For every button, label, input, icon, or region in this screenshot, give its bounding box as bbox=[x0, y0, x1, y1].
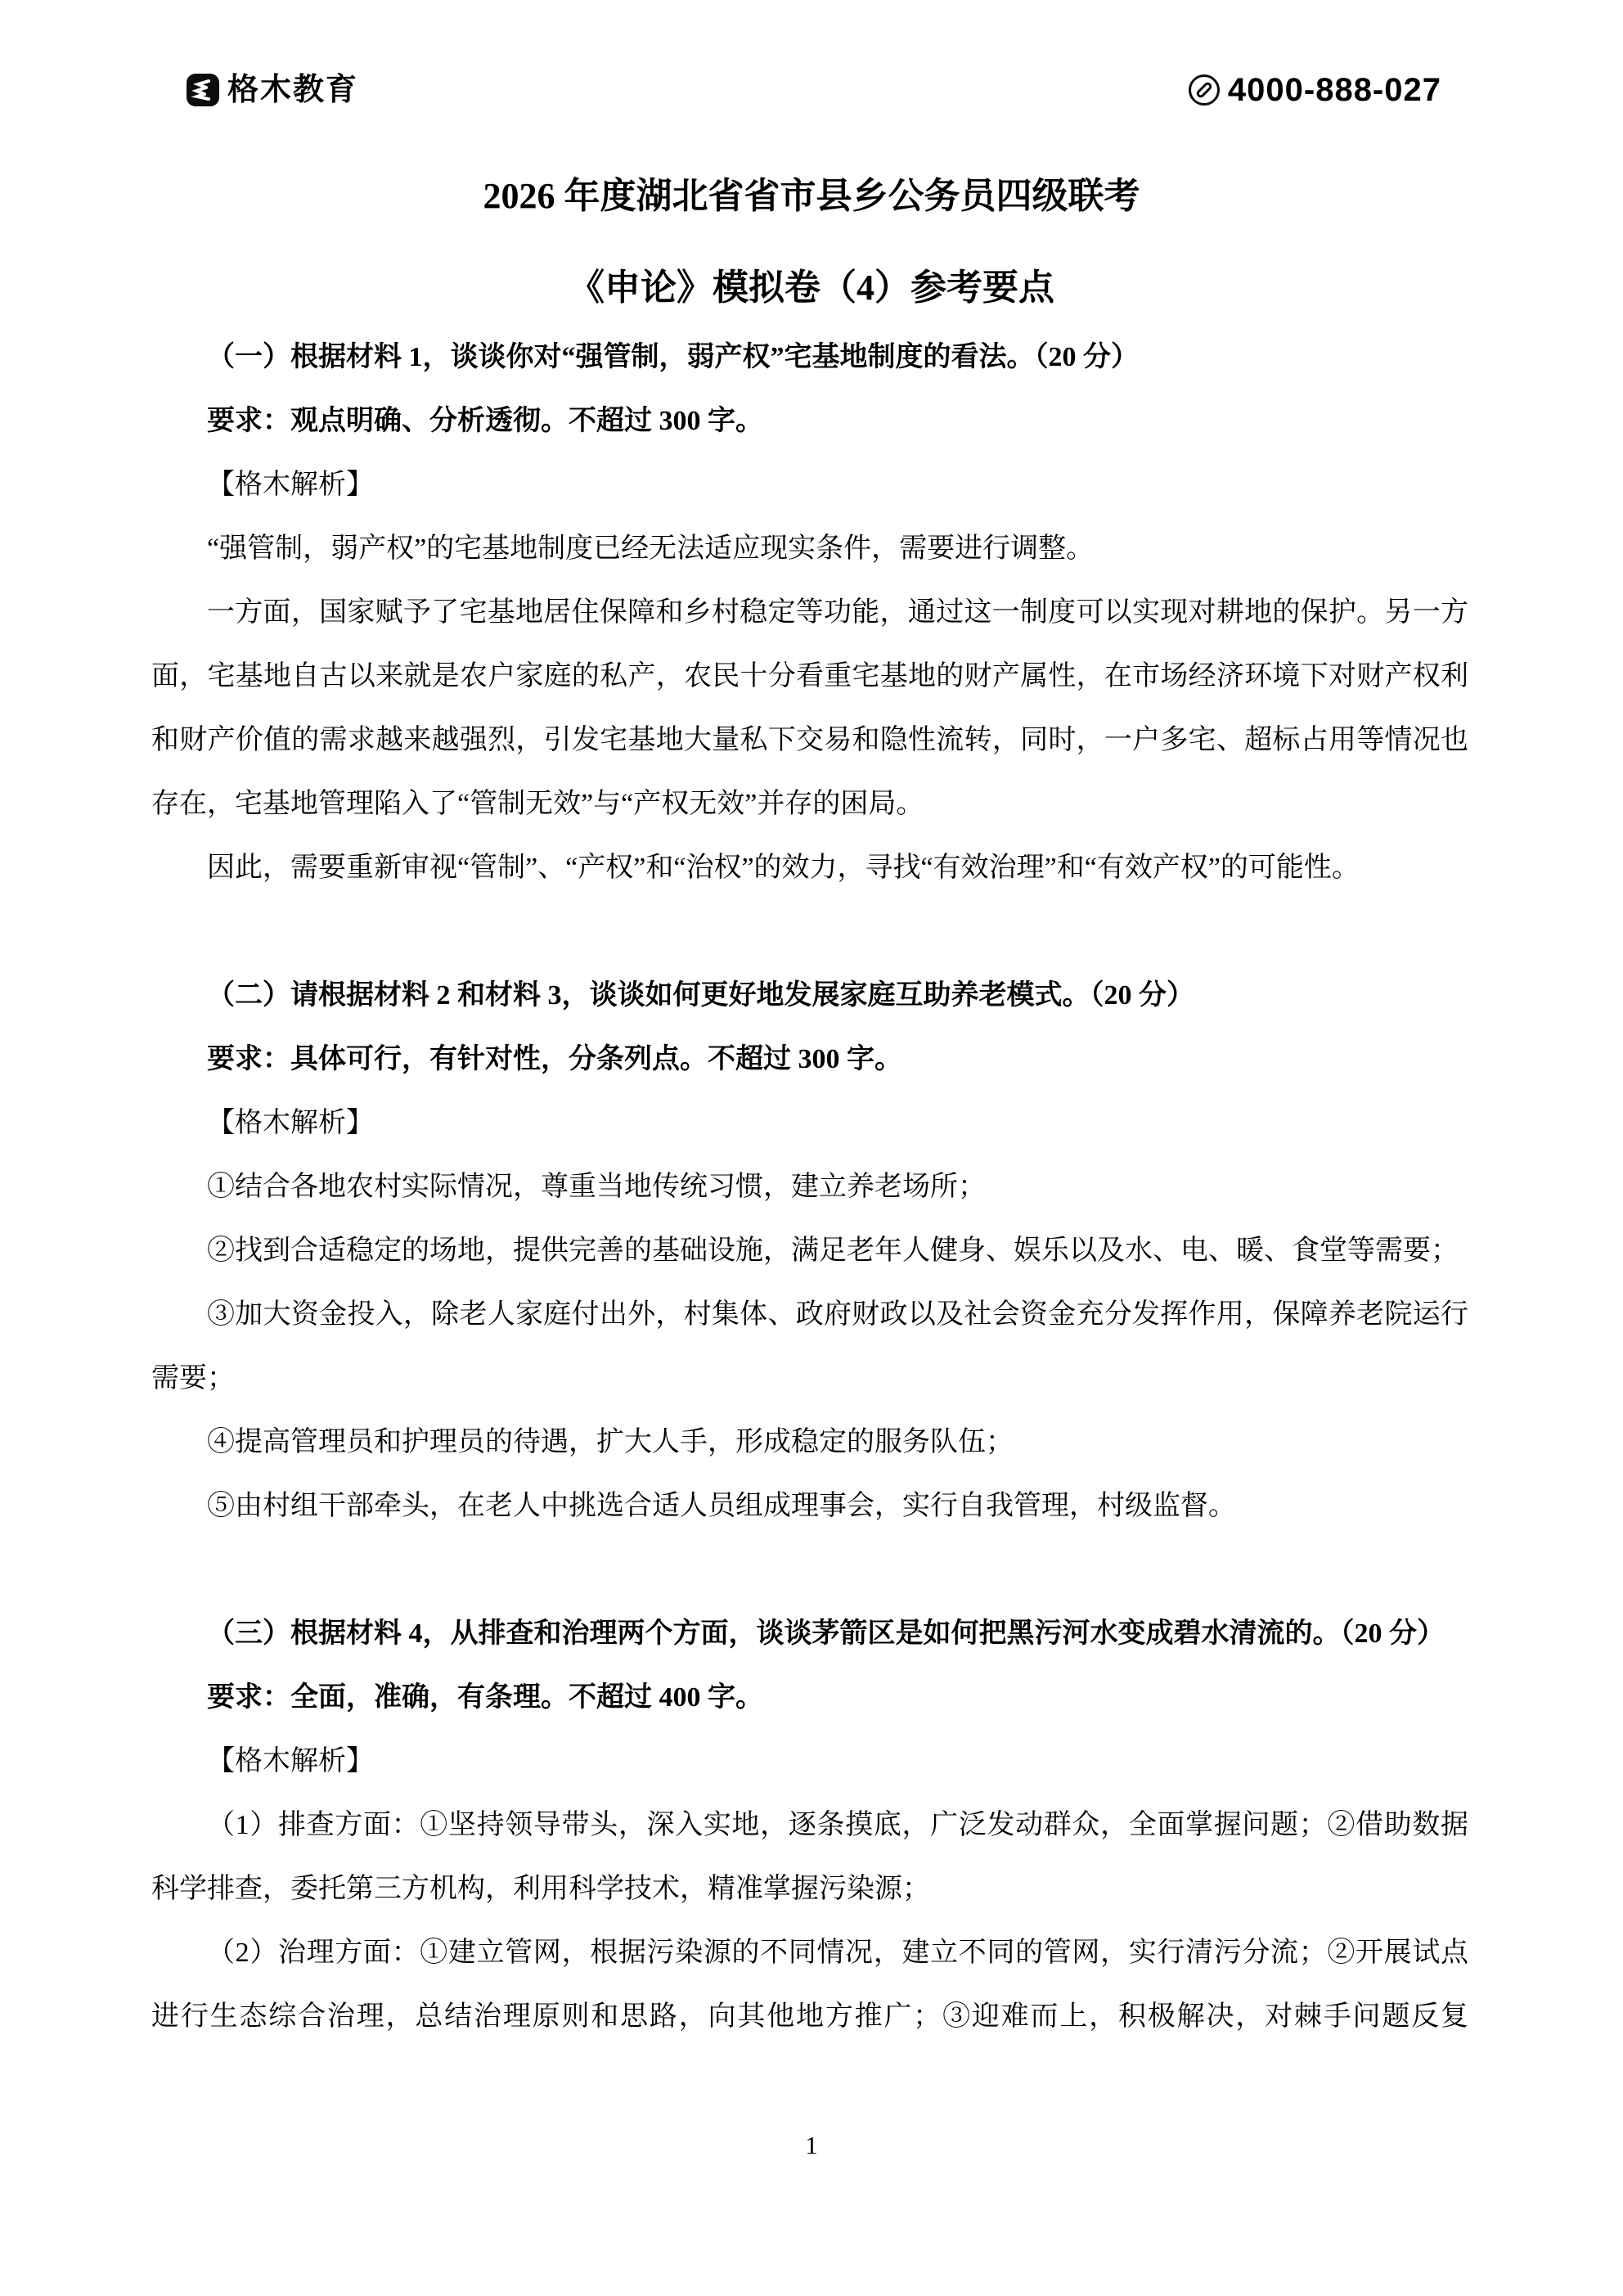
brand: 格木教育 bbox=[187, 74, 358, 106]
question-section-1: （一）根据材料 1，谈谈你对“强管制，弱产权”宅基地制度的看法。（20 分） 要… bbox=[151, 326, 1468, 900]
question-1-requirement: 要求：观点明确、分析透彻。不超过 300 字。 bbox=[151, 389, 1468, 453]
question-2-point: ⑤由村组干部牵头，在老人中挑选合适人员组成理事会，实行自我管理，村级监督。 bbox=[151, 1474, 1468, 1538]
phone-number: 4000-888-027 bbox=[1228, 73, 1441, 107]
question-3-paragraph: （1）排查方面：①坚持领导带头，深入实地，逐条摸底，广泛发动群众，全面掌握问题；… bbox=[151, 1794, 1468, 1921]
question-1-paragraph: “强管制，弱产权”的宅基地制度已经无法适应现实条件，需要进行调整。 bbox=[151, 517, 1468, 581]
question-2-analysis-label: 【格木解析】 bbox=[151, 1092, 1468, 1155]
page-footer: 1 bbox=[0, 2124, 1623, 2167]
page-number: 1 bbox=[805, 2131, 818, 2159]
gemu-logo-icon bbox=[187, 74, 219, 106]
document-title: 2026 年度湖北省省市县乡公务员四级联考 《申论》模拟卷（4）参考要点 bbox=[151, 0, 1472, 334]
phone-contact: 4000-888-027 bbox=[1187, 73, 1441, 107]
title-line-2: 《申论》模拟卷（4）参考要点 bbox=[151, 242, 1472, 334]
question-2-requirement: 要求：具体可行，有针对性，分条列点。不超过 300 字。 bbox=[151, 1028, 1468, 1092]
phone-icon bbox=[1187, 73, 1221, 107]
title-line-1: 2026 年度湖北省省市县乡公务员四级联考 bbox=[151, 151, 1472, 242]
document-body: （一）根据材料 1，谈谈你对“强管制，弱产权”宅基地制度的看法。（20 分） 要… bbox=[151, 326, 1468, 2049]
question-3-heading: （三）根据材料 4，从排查和治理两个方面，谈谈茅箭区是如何把黑污河水变成碧水清流… bbox=[151, 1602, 1468, 1666]
question-3-requirement: 要求：全面，准确，有条理。不超过 400 字。 bbox=[151, 1666, 1468, 1730]
question-2-point: ①结合各地农村实际情况，尊重当地传统习惯，建立养老场所； bbox=[151, 1155, 1468, 1219]
page-header: 格木教育 4000-888-027 bbox=[187, 70, 1441, 110]
question-section-3: （三）根据材料 4，从排查和治理两个方面，谈谈茅箭区是如何把黑污河水变成碧水清流… bbox=[151, 1602, 1468, 2049]
question-1-paragraph: 因此，需要重新审视“管制”、“产权”和“治权”的效力，寻找“有效治理”和“有效产… bbox=[151, 836, 1468, 900]
question-3-analysis-label: 【格木解析】 bbox=[151, 1730, 1468, 1794]
brand-name: 格木教育 bbox=[227, 74, 358, 106]
question-2-point: ③加大资金投入，除老人家庭付出外，村集体、政府财政以及社会资金充分发挥作用，保障… bbox=[151, 1283, 1468, 1411]
question-2-heading: （二）请根据材料 2 和材料 3，谈谈如何更好地发展家庭互助养老模式。（20 分… bbox=[151, 964, 1468, 1028]
question-3-paragraph: （2）治理方面：①建立管网，根据污染源的不同情况，建立不同的管网，实行清污分流；… bbox=[151, 1921, 1468, 2049]
question-1-analysis-label: 【格木解析】 bbox=[151, 453, 1468, 517]
question-1-heading: （一）根据材料 1，谈谈你对“强管制，弱产权”宅基地制度的看法。（20 分） bbox=[151, 326, 1468, 389]
question-section-2: （二）请根据材料 2 和材料 3，谈谈如何更好地发展家庭互助养老模式。（20 分… bbox=[151, 964, 1468, 1538]
question-2-point: ④提高管理员和护理员的待遇，扩大人手，形成稳定的服务队伍； bbox=[151, 1411, 1468, 1474]
question-1-paragraph: 一方面，国家赋予了宅基地居住保障和乡村稳定等功能，通过这一制度可以实现对耕地的保… bbox=[151, 581, 1468, 836]
question-2-point: ②找到合适稳定的场地，提供完善的基础设施，满足老年人健身、娱乐以及水、电、暖、食… bbox=[151, 1219, 1468, 1283]
